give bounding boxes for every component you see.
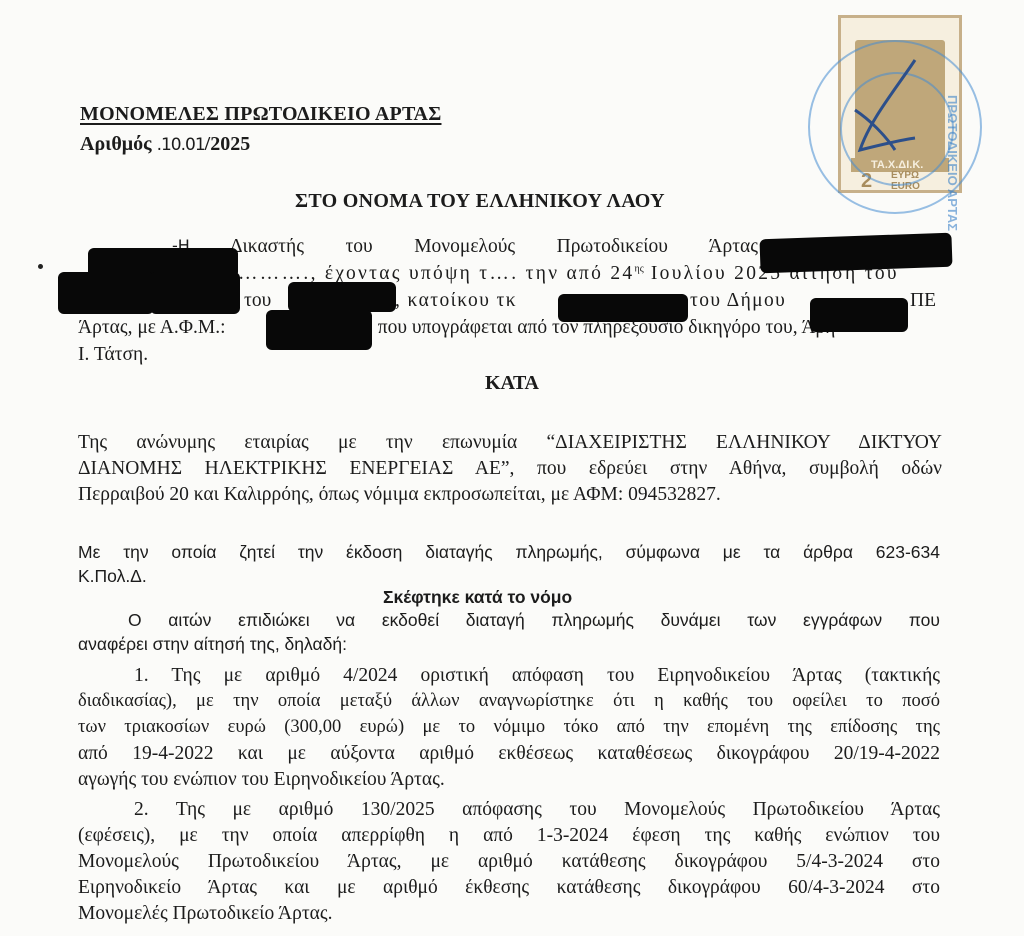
redaction (150, 272, 240, 314)
intro-line-4a: Άρτας, με Α.Φ.Μ.: (78, 317, 226, 339)
reasoning-intro-1: Ο αιτών επιδιώκει να εκδοθεί διαταγή πλη… (128, 610, 940, 631)
section-title-reasoning: Σκέφτηκε κατά το νόμο (383, 587, 572, 608)
court-name: ΜΟΝΟΜΕΛΕΣ ΠΡΩΤΟΔΙΚΕΙΟ ΑΡΤΑΣ (80, 103, 441, 126)
kata-line-2: ΔΙΑΝΟΜΗΣ ΗΛΕΚΤΡΙΚΗΣ ΕΝΕΡΓΕΙΑΣ ΑΕ”, που ε… (78, 458, 942, 480)
kata-line-3: Περραιβού 20 και Καλιρρόης, όπως νόμιμα … (78, 484, 721, 506)
section-title-kata: ΚΑΤΑ (485, 372, 539, 395)
item1-line-3: των τριακοσίων ευρώ (300,00 ευρώ) με το … (78, 717, 940, 738)
document-heading: ΣΤΟ ΟΝΟΜΑ ΤΟΥ ΕΛΛΗΝΙΚΟΥ ΛΑΟΥ (295, 190, 665, 213)
redaction (759, 233, 952, 274)
item1-line-4: από 19-4-2022 και με αύξοντα αριθμό εκθέ… (78, 743, 940, 765)
request-line-2: Κ.Πολ.Δ. (78, 566, 147, 587)
redaction (266, 310, 372, 350)
item2-line-4: Ειρηνοδικείο Άρτας και με αριθμό έκθεσης… (78, 877, 940, 899)
intro-line-3a: του (244, 290, 271, 312)
signature-mark (840, 40, 930, 160)
item1-line-2: διαδικασίας), με την οποία μεταξύ άλλων … (78, 691, 940, 712)
item2-line-1: 2. Της με αριθμό 130/2025 απόφασης του Μ… (134, 799, 940, 821)
item2-line-5: Μονομελές Πρωτοδικείο Άρτας. (78, 903, 332, 925)
item2-line-3: Μονομελούς Πρωτοδικείου Άρτας, με αριθμό… (78, 851, 940, 873)
item1-line-1: 1. Της με αριθμό 4/2024 οριστική απόφαση… (134, 665, 940, 687)
request-line-1: Με την οποία ζητεί την έκδοση διαταγής π… (78, 542, 940, 563)
intro-line-3b: , κατοίκου τκ (395, 290, 517, 312)
bullet-dot (38, 264, 43, 269)
intro-line-1: Δικαστής του Μονομελούς Πρωτοδικείου Άρτ… (230, 236, 758, 258)
case-year: /2025 (205, 133, 251, 155)
redaction (288, 282, 396, 312)
intro-line-3d: ΠΕ (910, 290, 936, 312)
kata-line-1: Της ανώνυμης εταιρίας με την επωνυμία “Δ… (78, 432, 942, 454)
redaction (810, 298, 908, 332)
item2-line-2: (εφέσεις), με την οποία απερρίφθη η από … (78, 825, 940, 847)
redaction (558, 294, 688, 322)
case-number-label: Αριθμός (80, 133, 152, 155)
court-seal-text: ΠΡΩΤΟΔΙΚΕΙΟ ΑΡΤΑΣ (945, 95, 960, 231)
intro-line-5: Ι. Τάτση. (78, 344, 148, 366)
item1-line-5: αγωγής του ενώπιον του Ειρηνοδικείου Άρτ… (78, 769, 445, 791)
intro-line-3c: του Δήμου (690, 290, 786, 312)
date-superscript: ης (634, 264, 643, 275)
case-number: Αριθμός .10.01/2025 (80, 133, 250, 156)
redaction (58, 272, 154, 314)
case-number-handwritten: .10.01 (157, 135, 205, 155)
reasoning-intro-2: αναφέρει στην αίτησή της, δηλαδή: (78, 634, 347, 655)
